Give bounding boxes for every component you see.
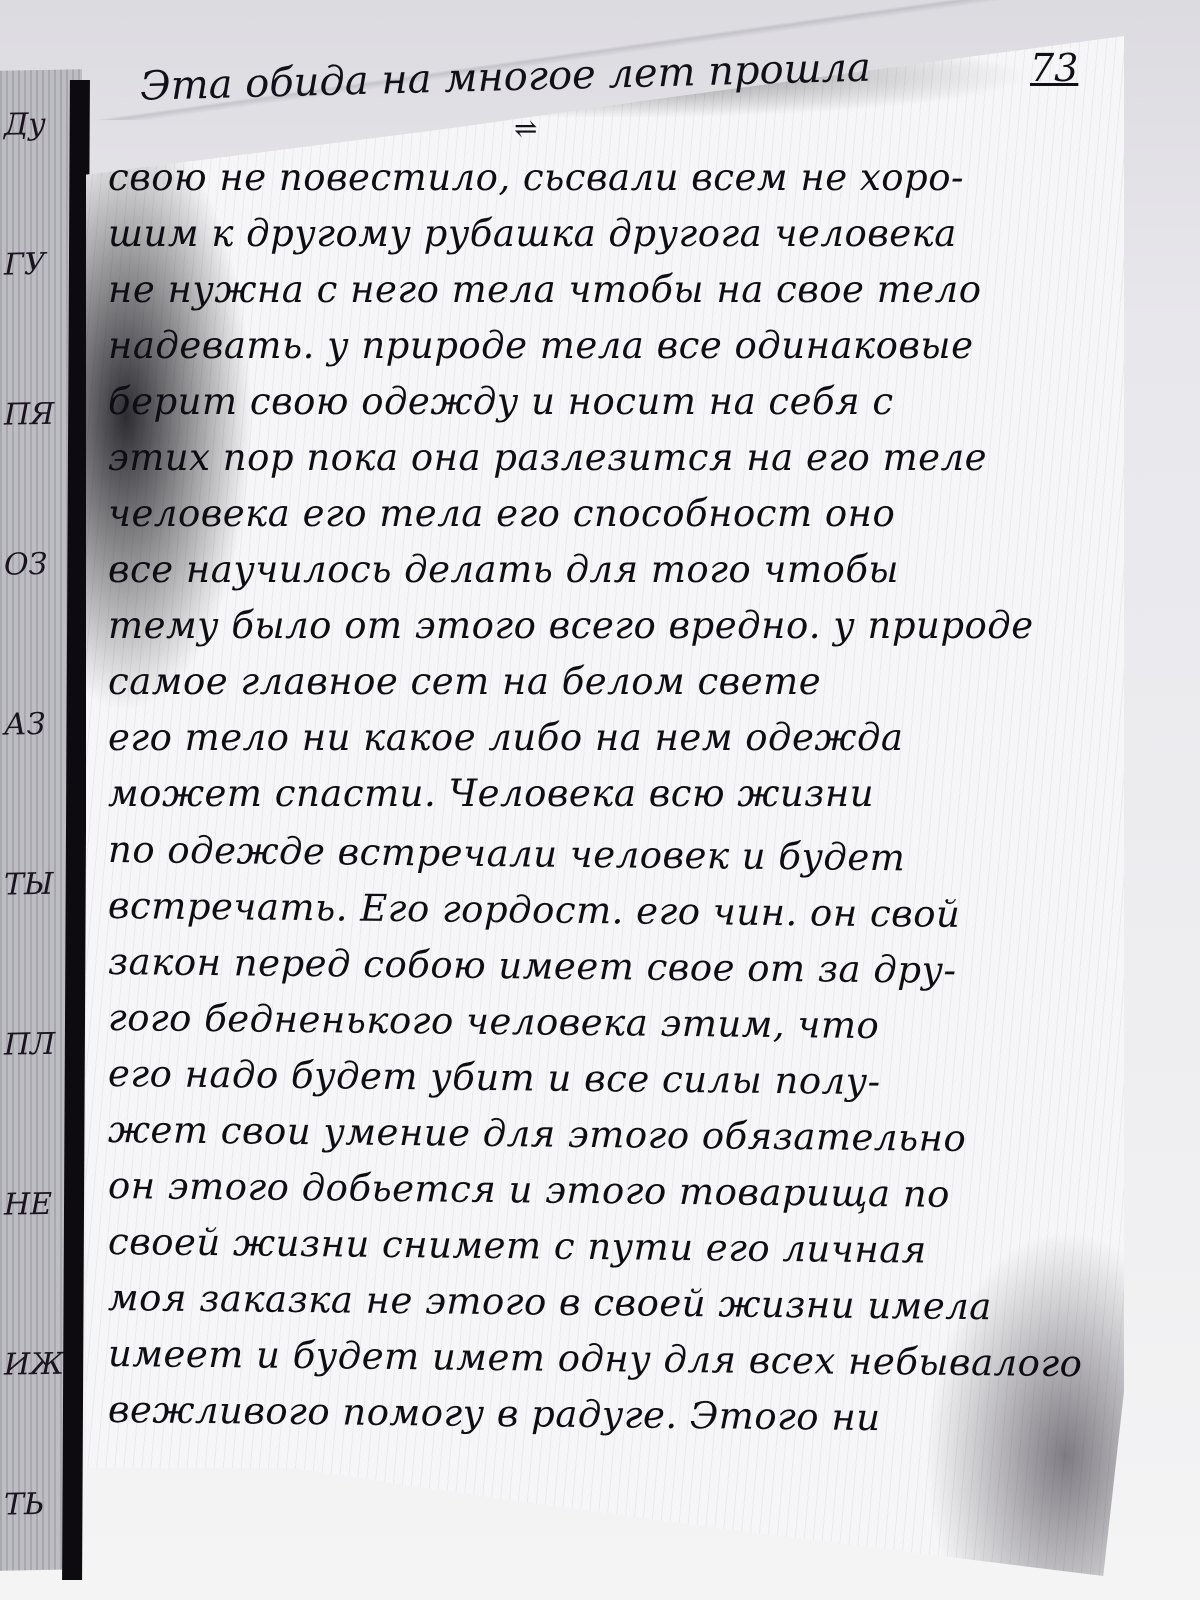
manuscript-line: все научилось делать для того чтобы (108, 542, 1108, 598)
manuscript-line: этих пор пока она разлезится на его теле (108, 430, 1108, 486)
manuscript-line: берит свою одежду и носит на себя с (108, 374, 1108, 430)
left-page-fragment: ГУ (4, 250, 46, 281)
left-page-fragment: НЕ (4, 1190, 52, 1221)
left-page-fragment: ТЫ (4, 870, 54, 901)
manuscript-line: свою не повестило, сьсвали всем не хоро- (108, 150, 1108, 206)
manuscript-line: по одежде встречали человек и будет (108, 822, 1109, 888)
left-page-fragment: Ду (4, 110, 46, 141)
manuscript-line: гого бедненького человека этим, что (108, 990, 1109, 1056)
manuscript-line: человека его тела его способност оно (108, 486, 1108, 542)
manuscript-line: его тело ни какое либо на нем одежда (108, 710, 1108, 766)
manuscript-line: может спасти. Человека всю жизни (108, 766, 1108, 822)
manuscript-line: закон перед собою имеет свое от за дру- (108, 934, 1109, 1000)
manuscript-line: вежливого помогу в радуге. Этого ни (108, 1382, 1109, 1448)
manuscript-line: тему было от этого всего вредно. у приро… (108, 598, 1108, 654)
left-page-fragment: ТЬ (4, 1490, 44, 1521)
manuscript-line: жет свои умение для этого обязательно (108, 1102, 1109, 1168)
manuscript-line: своей жизни снимет с пути его личная (108, 1214, 1109, 1280)
left-page-fragment: ОЗ (4, 550, 47, 581)
manuscript-body: свою не повестило, сьсвали всем не хоро-… (108, 150, 1108, 1438)
manuscript-line: его надо будет убит и все силы полу- (108, 1046, 1109, 1112)
divider-mark: ⇌ (514, 112, 537, 145)
manuscript-line: надевать. у природе тела все одинаковые (108, 318, 1108, 374)
manuscript-line: встречать. Его гордост. его чин. он свой (108, 878, 1109, 944)
manuscript-line: моя заказка не этого в своей жизни имела (108, 1270, 1109, 1336)
manuscript-line: он этого добьется и этого товарища по (108, 1158, 1109, 1224)
manuscript-line: не нужна с него тела чтобы на свое тело (108, 262, 1108, 318)
page-number: 73 (1030, 46, 1078, 90)
left-page-fragment: ПЯ (4, 400, 54, 431)
left-page-fragment: ПЛ (4, 1030, 55, 1061)
manuscript-line: самое главное сет на белом свете (108, 654, 1108, 710)
manuscript-line: шим к другому рубашка другога человека (108, 206, 1108, 262)
left-page-fragment: АЗ (4, 710, 45, 741)
manuscript-line: имеет и будет имет одну для всех небывал… (108, 1326, 1109, 1392)
left-page-fragment: ИЖ (4, 1350, 64, 1381)
